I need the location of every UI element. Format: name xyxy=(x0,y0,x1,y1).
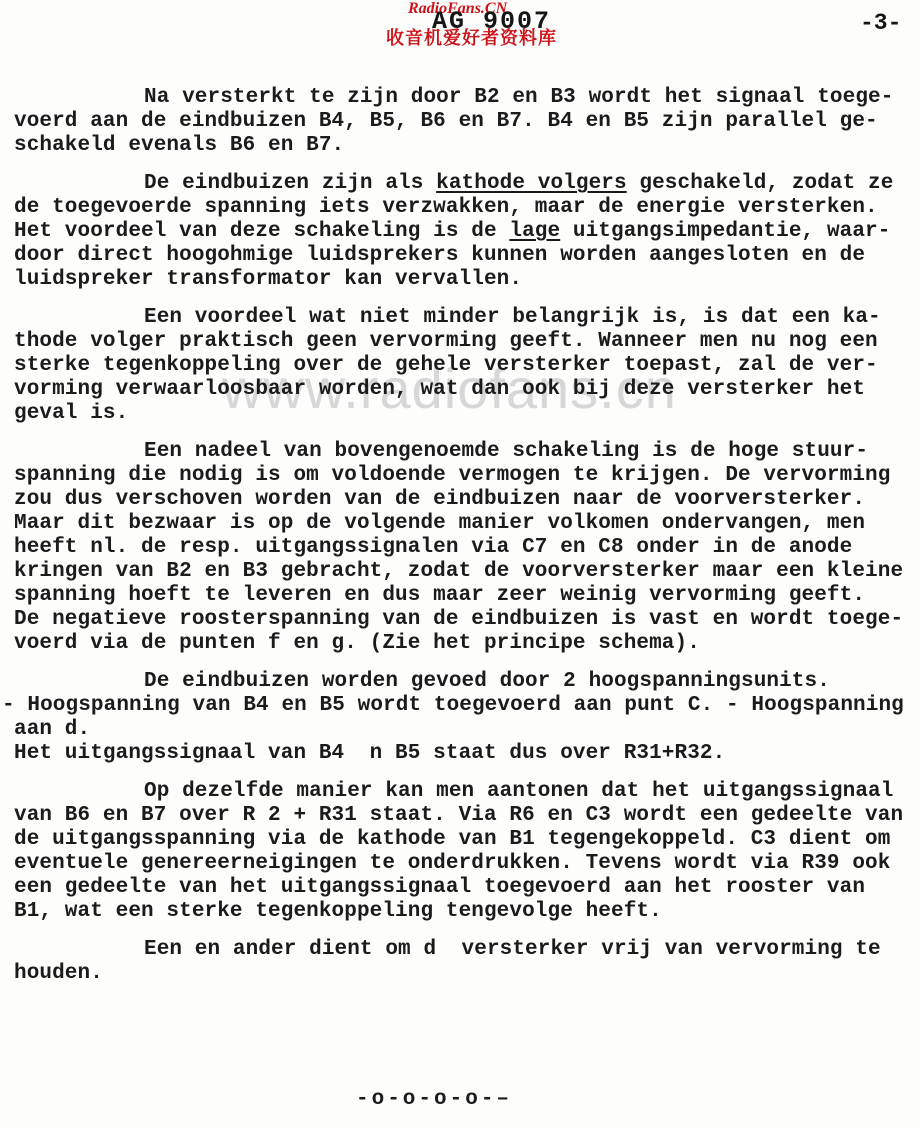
text-segment: voerd via de punten f en g. (Zie het pri… xyxy=(14,632,700,655)
text-segment: Een en ander dient om d versterker vrij … xyxy=(144,938,881,961)
text-segment: eventuele genereerneigingen te onderdruk… xyxy=(14,852,890,875)
text-segment: sterke tegenkoppeling over de gehele ver… xyxy=(14,354,878,377)
text-line: Op dezelfde manier kan men aantonen dat … xyxy=(14,780,914,804)
text-line: geval is. xyxy=(14,402,914,426)
text-segment: thode volger praktisch geen vervorming g… xyxy=(14,330,878,353)
text-line: De eindbuizen worden gevoed door 2 hoogs… xyxy=(14,670,914,694)
text-line: sterke tegenkoppeling over de gehele ver… xyxy=(14,354,914,378)
text-line: een gedeelte van het uitgangssignaal toe… xyxy=(14,876,914,900)
end-divider: -o-o-o-o-– xyxy=(356,1088,512,1111)
paragraph: De eindbuizen zijn als kathode volgers g… xyxy=(14,172,914,292)
text-segment: luidspreker transformator kan vervallen. xyxy=(14,268,522,291)
text-line: heeft nl. de resp. uitgangssignalen via … xyxy=(14,536,914,560)
text-segment: Een nadeel van bovengenoemde schakeling … xyxy=(144,440,868,463)
text-line: Na versterkt te zijn door B2 en B3 wordt… xyxy=(14,86,914,110)
underlined-text: kathode volgers xyxy=(436,172,627,195)
text-line: de uitgangsspanning via de kathode van B… xyxy=(14,828,914,852)
paragraph: Een en ander dient om d versterker vrij … xyxy=(14,938,914,986)
text-line: zou dus verschoven worden van de eindbui… xyxy=(14,488,914,512)
scanned-document-page: RadioFans.CN AG 9007 收音机爱好者资料库 -3- www.r… xyxy=(0,0,920,1128)
text-segment: De eindbuizen worden gevoed door 2 hoogs… xyxy=(144,670,830,693)
text-line: De eindbuizen zijn als kathode volgers g… xyxy=(14,172,914,196)
text-segment: vorming verwaarloosbaar worden, wat dan … xyxy=(14,378,865,401)
text-line: kringen van B2 en B3 gebracht, zodat de … xyxy=(14,560,914,584)
text-line: B1, wat een sterke tegenkoppeling tengev… xyxy=(14,900,914,924)
text-line: Een voordeel wat niet minder belangrijk … xyxy=(14,306,914,330)
text-segment: De negatieve roosterspanning van de eind… xyxy=(14,608,903,631)
text-line: vorming verwaarloosbaar worden, wat dan … xyxy=(14,378,914,402)
text-segment: van B6 en B7 over R 2 + R31 staat. Via R… xyxy=(14,804,903,827)
text-segment: schakeld evenals B6 en B7. xyxy=(14,134,344,157)
text-line: Het uitgangssignaal van B4 n B5 staat du… xyxy=(14,742,914,766)
text-segment: de toegevoerde spanning iets verzwakken,… xyxy=(14,196,878,219)
text-line: spanning hoeft te leveren en dus maar ze… xyxy=(14,584,914,608)
text-segment: Het voordeel van deze schakeling is de xyxy=(14,220,509,243)
text-line: Maar dit bezwaar is op de volgende manie… xyxy=(14,512,914,536)
text-segment: zou dus verschoven worden van de eindbui… xyxy=(14,488,865,511)
text-line: schakeld evenals B6 en B7. xyxy=(14,134,914,158)
text-segment: spanning die nodig is om voldoende vermo… xyxy=(14,464,890,487)
paragraph: Een voordeel wat niet minder belangrijk … xyxy=(14,306,914,426)
text-segment: aan d. xyxy=(14,718,90,741)
text-line: Een nadeel van bovengenoemde schakeling … xyxy=(14,440,914,464)
text-line: door direct hoogohmige luidsprekers kunn… xyxy=(14,244,914,268)
text-segment: geval is. xyxy=(14,402,128,425)
text-line: de toegevoerde spanning iets verzwakken,… xyxy=(14,196,914,220)
text-segment: Een voordeel wat niet minder belangrijk … xyxy=(144,306,881,329)
text-line: Het voordeel van deze schakeling is de l… xyxy=(14,220,914,244)
text-line: thode volger praktisch geen vervorming g… xyxy=(14,330,914,354)
text-segment: voerd aan de eindbuizen B4, B5, B6 en B7… xyxy=(14,110,878,133)
text-line: spanning die nodig is om voldoende vermo… xyxy=(14,464,914,488)
text-line: - Hoogspanning van B4 en B5 wordt toegev… xyxy=(2,694,914,718)
text-line: aan d. xyxy=(14,718,914,742)
text-segment: B1, wat een sterke tegenkoppeling tengev… xyxy=(14,900,662,923)
text-segment: spanning hoeft te leveren en dus maar ze… xyxy=(14,584,865,607)
text-segment: De eindbuizen zijn als xyxy=(144,172,436,195)
text-segment: de uitgangsspanning via de kathode van B… xyxy=(14,828,890,851)
text-segment: geschakeld, zodat ze xyxy=(627,172,894,195)
text-line: voerd aan de eindbuizen B4, B5, B6 en B7… xyxy=(14,110,914,134)
text-segment: uitgangsimpedantie, waar- xyxy=(560,220,890,243)
document-number: AG 9007 xyxy=(432,7,551,36)
text-segment: door direct hoogohmige luidsprekers kunn… xyxy=(14,244,865,267)
text-segment: heeft nl. de resp. uitgangssignalen via … xyxy=(14,536,852,559)
text-segment: Op dezelfde manier kan men aantonen dat … xyxy=(144,780,893,803)
text-segment: houden. xyxy=(14,962,103,985)
paragraph: Op dezelfde manier kan men aantonen dat … xyxy=(14,780,914,924)
text-line: De negatieve roosterspanning van de eind… xyxy=(14,608,914,632)
text-line: houden. xyxy=(14,962,914,986)
text-line: voerd via de punten f en g. (Zie het pri… xyxy=(14,632,914,656)
text-line: Een en ander dient om d versterker vrij … xyxy=(14,938,914,962)
text-segment: kringen van B2 en B3 gebracht, zodat de … xyxy=(14,560,903,583)
underlined-text: lage xyxy=(509,220,560,243)
text-segment: Maar dit bezwaar is op de volgende manie… xyxy=(14,512,865,535)
text-line: van B6 en B7 over R 2 + R31 staat. Via R… xyxy=(14,804,914,828)
paragraph: Na versterkt te zijn door B2 en B3 wordt… xyxy=(14,86,914,158)
text-segment: Na versterkt te zijn door B2 en B3 wordt… xyxy=(144,86,893,109)
text-segment: - Hoogspanning van B4 en B5 wordt toegev… xyxy=(2,694,904,717)
text-line: luidspreker transformator kan vervallen. xyxy=(14,268,914,292)
paragraph: Een nadeel van bovengenoemde schakeling … xyxy=(14,440,914,656)
text-segment: een gedeelte van het uitgangssignaal toe… xyxy=(14,876,865,899)
paragraph: De eindbuizen worden gevoed door 2 hoogs… xyxy=(14,670,914,766)
text-segment: Het uitgangssignaal van B4 n B5 staat du… xyxy=(14,742,725,765)
page-number: -3- xyxy=(860,10,901,36)
document-body: Na versterkt te zijn door B2 en B3 wordt… xyxy=(14,86,914,1000)
text-line: eventuele genereerneigingen te onderdruk… xyxy=(14,852,914,876)
